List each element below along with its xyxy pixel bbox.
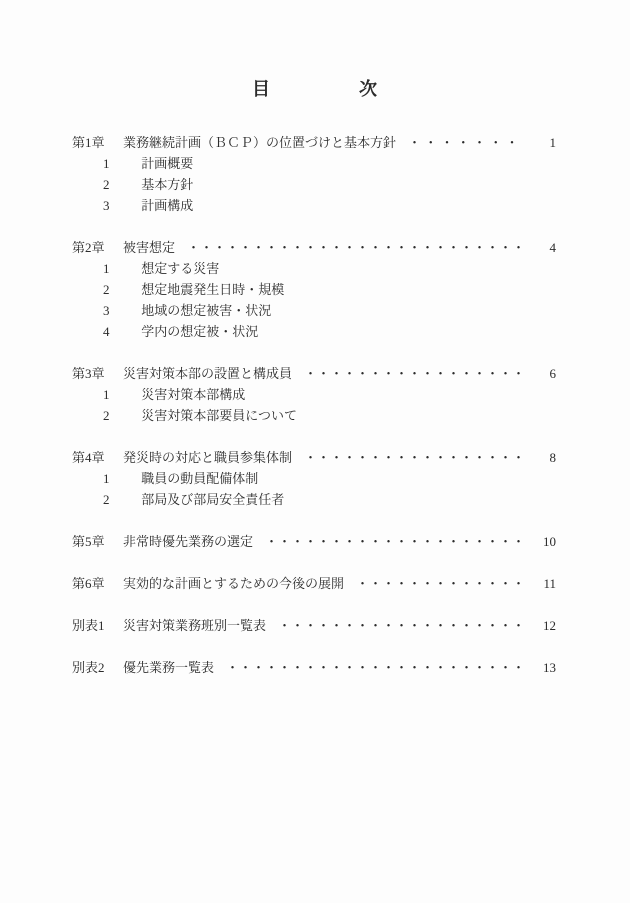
toc-subitem: 1 計画概要 <box>72 153 556 174</box>
toc-subitem: 4 学内の想定被・状況 <box>72 321 556 342</box>
subitem-text: 部局及び部局安全責任者 <box>141 492 284 507</box>
toc-entry-row: 第3章 災害対策本部の設置と構成員 ・・・・・・・・・・・・・・・・・ 6 <box>72 363 556 384</box>
subitem-text: 計画構成 <box>141 198 193 213</box>
toc-entry-row: 第2章 被害想定 ・・・・・・・・・・・・・・・・・・・・・・・・・・・ 4 <box>72 237 556 258</box>
page-number: 6 <box>536 363 556 384</box>
chapter-title: 実効的な計画とするための今後の展開 <box>123 573 344 594</box>
dot-leader: ・ ・ ・ ・ ・ ・ ・ ・ ・ <box>408 132 526 153</box>
toc-entry: 第4章 発災時の対応と職員参集体制 ・・・・・・・・・・・・・・・・・ 8 1 … <box>72 447 556 510</box>
toc-subitem: 3 地域の想定被害・状況 <box>72 300 556 321</box>
page-number: 12 <box>536 615 556 636</box>
chapter-title: 災害対策本部の設置と構成員 <box>123 363 292 384</box>
subitem-text: 職員の動員配備体制 <box>141 471 258 486</box>
toc-entry: 第5章 非常時優先業務の選定 ・・・・・・・・・・・・・・・・・・・・・ 10 <box>72 531 556 552</box>
chapter-label: 第4章 <box>72 447 123 468</box>
chapter-title: 被害想定 <box>123 237 175 258</box>
chapter-label: 第1章 <box>72 132 123 153</box>
page-number: 4 <box>536 237 556 258</box>
toc-entry-row: 第4章 発災時の対応と職員参集体制 ・・・・・・・・・・・・・・・・・ 8 <box>72 447 556 468</box>
dot-leader: ・・・・・・・・・・・・・・・・・・・・・・・ <box>226 657 526 678</box>
toc-subitem: 1 災害対策本部構成 <box>72 384 556 405</box>
toc-entry: 第2章 被害想定 ・・・・・・・・・・・・・・・・・・・・・・・・・・・ 4 1… <box>72 237 556 342</box>
subitem-text: 計画概要 <box>141 156 193 171</box>
page-number: 1 <box>536 132 556 153</box>
subitem-number: 2 <box>103 489 138 510</box>
subitem-text: 災害対策本部要員について <box>141 408 297 423</box>
toc-subitem: 2 災害対策本部要員について <box>72 405 556 426</box>
toc-entry-row: 第5章 非常時優先業務の選定 ・・・・・・・・・・・・・・・・・・・・・ 10 <box>72 531 556 552</box>
subitem-number: 1 <box>103 384 138 405</box>
dot-leader: ・・・・・・・・・・・・・・・・・ <box>304 447 526 468</box>
chapter-title: 発災時の対応と職員参集体制 <box>123 447 292 468</box>
chapter-title: 非常時優先業務の選定 <box>123 531 253 552</box>
subitem-list: 1 想定する災害 2 想定地震発生日時・規模 3 地域の想定被害・状況 4 学内… <box>72 258 556 342</box>
toc-title-char-right: 次 <box>359 78 378 100</box>
subitem-number: 1 <box>103 153 138 174</box>
subitem-number: 2 <box>103 174 138 195</box>
subitem-number: 1 <box>103 258 138 279</box>
page-number: 13 <box>536 657 556 678</box>
toc-subitem: 2 基本方針 <box>72 174 556 195</box>
chapter-label: 第6章 <box>72 573 123 594</box>
document-page: 目 次 第1章 業務継続計画（ＢＣＰ）の位置づけと基本方針 ・ ・ ・ ・ ・ … <box>0 0 630 903</box>
subitem-number: 2 <box>103 405 138 426</box>
subitem-number: 1 <box>103 468 138 489</box>
dot-leader: ・・・・・・・・・・・・・・ <box>356 573 526 594</box>
subitem-text: 想定する災害 <box>141 261 219 276</box>
subitem-list: 1 職員の動員配備体制 2 部局及び部局安全責任者 <box>72 468 556 510</box>
toc-title-char-left: 目 <box>252 78 271 100</box>
chapter-title: 業務継続計画（ＢＣＰ）の位置づけと基本方針 <box>123 132 396 153</box>
dot-leader: ・・・・・・・・・・・・・・・・・・・ <box>278 615 526 636</box>
dot-leader: ・・・・・・・・・・・・・・・・・・・・・ <box>265 531 526 552</box>
page-number: 10 <box>536 531 556 552</box>
chapter-label: 第3章 <box>72 363 123 384</box>
chapter-label: 第2章 <box>72 237 123 258</box>
toc-entry: 第3章 災害対策本部の設置と構成員 ・・・・・・・・・・・・・・・・・ 6 1 … <box>72 363 556 426</box>
toc-subitem: 2 部局及び部局安全責任者 <box>72 489 556 510</box>
page-number: 11 <box>536 573 556 594</box>
subitem-text: 地域の想定被害・状況 <box>141 303 271 318</box>
toc-title: 目 次 <box>0 0 630 100</box>
toc-entry-row: 別表2 優先業務一覧表 ・・・・・・・・・・・・・・・・・・・・・・・ 13 <box>72 657 556 678</box>
subitem-list: 1 災害対策本部構成 2 災害対策本部要員について <box>72 384 556 426</box>
toc-list: 第1章 業務継続計画（ＢＣＰ）の位置づけと基本方針 ・ ・ ・ ・ ・ ・ ・ … <box>0 100 630 678</box>
toc-entry: 第1章 業務継続計画（ＢＣＰ）の位置づけと基本方針 ・ ・ ・ ・ ・ ・ ・ … <box>72 132 556 216</box>
toc-entry: 別表1 災害対策業務班別一覧表 ・・・・・・・・・・・・・・・・・・・ 12 <box>72 615 556 636</box>
subitem-text: 災害対策本部構成 <box>141 387 245 402</box>
subitem-text: 基本方針 <box>141 177 193 192</box>
subitem-number: 3 <box>103 300 138 321</box>
subitem-number: 3 <box>103 195 138 216</box>
toc-subitem: 2 想定地震発生日時・規模 <box>72 279 556 300</box>
toc-entry-row: 別表1 災害対策業務班別一覧表 ・・・・・・・・・・・・・・・・・・・ 12 <box>72 615 556 636</box>
toc-subitem: 1 想定する災害 <box>72 258 556 279</box>
dot-leader: ・・・・・・・・・・・・・・・・・・・・・・・・・・・ <box>187 237 526 258</box>
page-number: 8 <box>536 447 556 468</box>
subitem-list: 1 計画概要 2 基本方針 3 計画構成 <box>72 153 556 216</box>
toc-entry: 第6章 実効的な計画とするための今後の展開 ・・・・・・・・・・・・・・ 11 <box>72 573 556 594</box>
subitem-number: 2 <box>103 279 138 300</box>
toc-subitem: 3 計画構成 <box>72 195 556 216</box>
toc-subitem: 1 職員の動員配備体制 <box>72 468 556 489</box>
chapter-label: 別表1 <box>72 615 123 636</box>
chapter-title: 災害対策業務班別一覧表 <box>123 615 266 636</box>
dot-leader: ・・・・・・・・・・・・・・・・・ <box>304 363 526 384</box>
toc-entry: 別表2 優先業務一覧表 ・・・・・・・・・・・・・・・・・・・・・・・ 13 <box>72 657 556 678</box>
subitem-text: 想定地震発生日時・規模 <box>141 282 284 297</box>
chapter-title: 優先業務一覧表 <box>123 657 214 678</box>
chapter-label: 第5章 <box>72 531 123 552</box>
subitem-text: 学内の想定被・状況 <box>141 324 258 339</box>
toc-entry-row: 第6章 実効的な計画とするための今後の展開 ・・・・・・・・・・・・・・ 11 <box>72 573 556 594</box>
toc-entry-row: 第1章 業務継続計画（ＢＣＰ）の位置づけと基本方針 ・ ・ ・ ・ ・ ・ ・ … <box>72 132 556 153</box>
chapter-label: 別表2 <box>72 657 123 678</box>
subitem-number: 4 <box>103 321 138 342</box>
